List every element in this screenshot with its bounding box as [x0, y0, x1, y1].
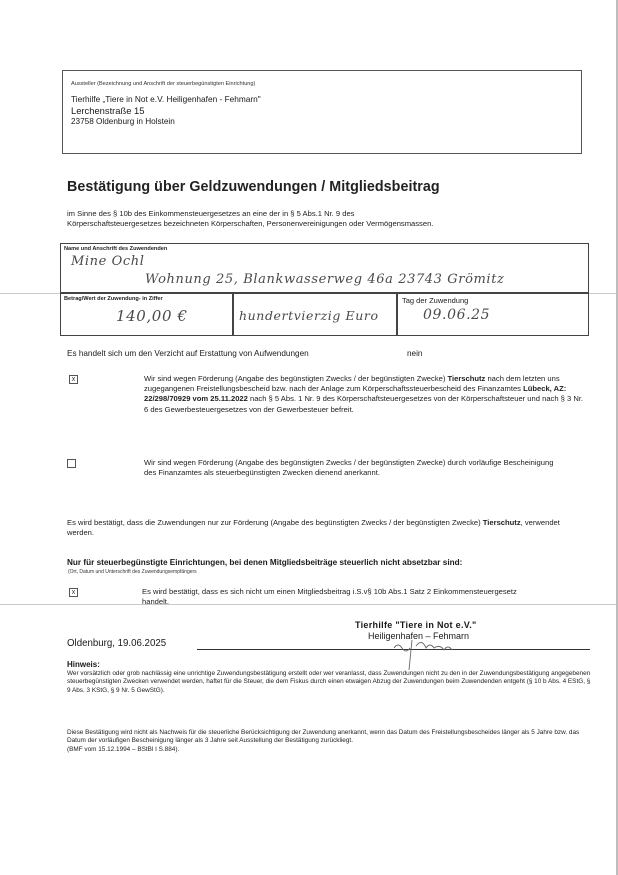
notice-closing-text: Diese Bestätigung wird nicht als Nachwei…	[67, 729, 592, 746]
reimbursement-label: Es handelt sich um den Verzicht auf Erst…	[67, 349, 309, 358]
option2-text: Wir sind wegen Förderung (Angabe des beg…	[144, 458, 564, 478]
subtitle-line-2: Körperschaftsteuergesetzes bezeichneten …	[67, 219, 587, 229]
option1-text-pre: Wir sind wegen Förderung (Angabe des beg…	[144, 374, 448, 383]
amount-field[interactable]: 140,00 €	[116, 307, 188, 325]
place-date: Oldenburg, 19.06.2025	[67, 638, 166, 649]
amount-words-field[interactable]: hundertvierzig Euro	[239, 308, 379, 323]
confirmation-purpose: Tierschutz	[483, 518, 521, 527]
amount-label: Betrag/Wert der Zuwendung- in Ziffer	[64, 296, 163, 302]
table-col-divider	[396, 293, 398, 336]
membership-checkbox[interactable]: x	[69, 588, 78, 597]
reimbursement-value: nein	[407, 349, 422, 358]
option1-checkbox[interactable]: x	[69, 375, 78, 384]
donor-table: Name und Anschrift des Zuwendenden Mine …	[60, 243, 589, 336]
membership-text: Es wird bestätigt, dass es sich nicht um…	[142, 587, 537, 607]
table-row-divider	[61, 292, 588, 294]
issuer-name: Tierhilfe „Tiere in Not e.V. Heiligenhaf…	[71, 94, 573, 104]
donor-name-label: Name und Anschrift des Zuwendenden	[64, 246, 167, 252]
membership-caption: (Ort, Datum und Unterschrift des Zuwendu…	[68, 569, 197, 575]
issuer-caption: Aussteller (Bezeichnung und Anschrift de…	[71, 81, 573, 87]
table-col-divider	[232, 293, 234, 336]
signature-org-name: Tierhilfe "Tiere in Not e.V."	[355, 620, 477, 630]
subtitle-line-1: im Sinne des § 10b des Einkommensteuerge…	[67, 209, 587, 219]
notice-reference: (BMF vom 15.12.1994 – BStBl I S.884).	[67, 746, 592, 754]
membership-heading: Nur für steuerbegünstigte Einrichtungen,…	[67, 558, 462, 567]
notice-title: Hinweis:	[67, 660, 100, 669]
donor-name-field[interactable]: Mine Ochl	[71, 254, 145, 269]
donor-address-field[interactable]: Wohnung 25, Blankwasserweg 46a 23743 Grö…	[145, 272, 504, 287]
notice-closing: Diese Bestätigung wird nicht als Nachwei…	[67, 729, 592, 754]
issuer-street: Lerchenstraße 15	[71, 105, 573, 116]
donation-date-field[interactable]: 09.06.25	[423, 307, 490, 323]
issuer-box: Aussteller (Bezeichnung und Anschrift de…	[62, 70, 582, 154]
confirmation-text-pre: Es wird bestätigt, dass die Zuwendungen …	[67, 518, 483, 527]
option1-text: Wir sind wegen Förderung (Angabe des beg…	[144, 374, 584, 415]
notice-text: Wer vorsätzlich oder grob nachlässig ein…	[67, 670, 592, 695]
document-subtitle: im Sinne des § 10b des Einkommensteuerge…	[67, 209, 587, 229]
option1-purpose: Tierschutz	[448, 374, 486, 383]
date-label: Tag der Zuwendung	[402, 296, 468, 305]
document-title: Bestätigung über Geldzuwendungen / Mitgl…	[67, 179, 440, 195]
issuer-city: 23758 Oldenburg in Holstein	[71, 117, 573, 126]
confirmation-text: Es wird bestätigt, dass die Zuwendungen …	[67, 518, 587, 538]
option2-checkbox[interactable]	[67, 459, 76, 468]
